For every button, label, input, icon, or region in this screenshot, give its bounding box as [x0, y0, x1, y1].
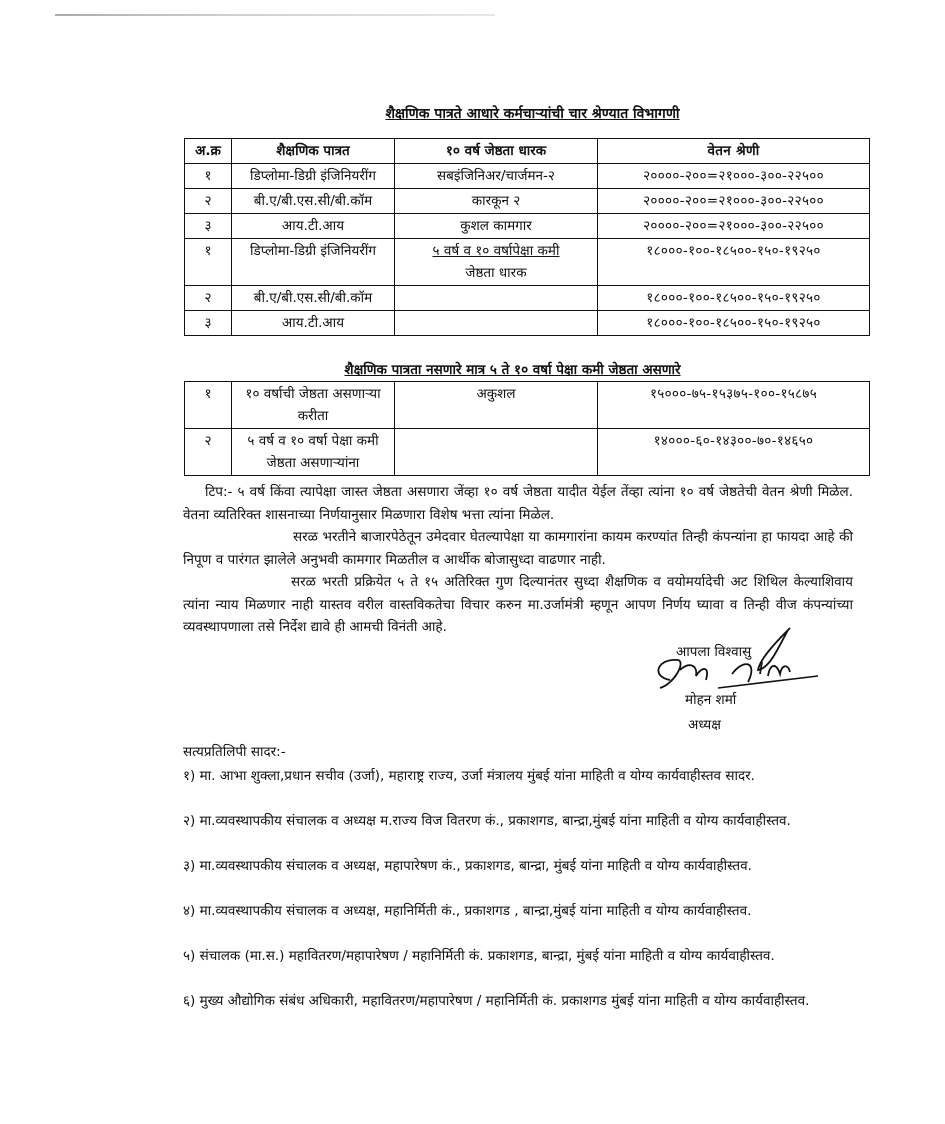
cell-pay-scale: २००००-२००=२१०००-३००-२२५०० [598, 214, 870, 239]
cell-pay-scale: १४०००-६०-१४३००-७०-१४६५० [598, 429, 870, 476]
cell-pay-scale: १८०००-१००-१८५००-१५०-१९२५० [598, 239, 870, 286]
cell-serial: १ [185, 239, 232, 286]
header-qualification: शैक्षणिक पात्रत [232, 139, 395, 164]
copy-recipient-3: ३) मा.व्यवस्थापकीय संचालक व अध्यक्ष, महा… [183, 855, 843, 878]
cell-serial: ३ [185, 311, 232, 336]
note-text: टिप:- ५ वर्ष किंवा त्यापेक्षा जास्त जेष्… [183, 484, 853, 523]
table-row: २ बी.ए/बी.एस.सी/बी.कॉम कारकून २ २००००-२०… [185, 189, 870, 214]
closing-phrase: आपला विश्वासु [676, 642, 751, 660]
cell-experience [395, 311, 598, 336]
cell-experience [395, 429, 598, 476]
note-paragraph: टिप:- ५ वर्ष किंवा त्यापेक्षा जास्त जेष्… [183, 481, 853, 526]
table-row: १ डिप्लोमा-डिग्री इंजिनियरींग सबइंजिनिअर… [185, 164, 870, 189]
cell-serial: २ [185, 429, 232, 476]
section-heading-non-qualified: शैक्षणिक पात्रता नसणारे मात्र ५ ते १० वर… [40, 360, 945, 378]
cell-experience [395, 286, 598, 311]
header-serial: अ.क्र [185, 139, 232, 164]
experience-line-1: ५ वर्ष व १० वर्षापेक्षा कमी [433, 243, 560, 259]
cell-qualification: बी.ए/बी.एस.सी/बी.कॉम [232, 286, 395, 311]
cell-experience: कुशल कामगार [395, 214, 598, 239]
cell-serial: १ [185, 382, 232, 429]
cell-experience: सबइंजिनिअर/चार्जमन-२ [395, 164, 598, 189]
cell-serial: ३ [185, 214, 232, 239]
cell-pay-scale: १८०००-१००-१८५००-१५०-१९२५० [598, 286, 870, 311]
cell-serial: २ [185, 286, 232, 311]
table-row: ३ आय.टी.आय कुशल कामगार २००००-२००=२१०००-३… [185, 214, 870, 239]
cell-qualification: बी.ए/बी.एस.सी/बी.कॉम [232, 189, 395, 214]
cell-qualification: डिप्लोमा-डिग्री इंजिनियरींग [232, 239, 395, 286]
header-pay-scale: वेतन श्रेणी [598, 139, 870, 164]
copy-recipient-1: १) मा. आभा शुक्ला,प्रधान सचीव (उर्जा), म… [183, 765, 843, 788]
benefit-paragraph: सरळ भरतीने बाजारपेठेतून उमेदवार घेतल्याप… [183, 526, 853, 571]
cell-serial: २ [185, 189, 232, 214]
table-row: १ डिप्लोमा-डिग्री इंजिनियरींग ५ वर्ष व १… [185, 239, 870, 286]
cell-qualification: ५ वर्ष व १० वर्षा पेक्षा कमी जेष्ठता असण… [232, 429, 395, 476]
table-row: ३ आय.टी.आय १८०००-१००-१८५००-१५०-१९२५० [185, 311, 870, 336]
cell-pay-scale: २००००-२००=२१०००-३००-२२५०० [598, 189, 870, 214]
section-heading-classification: शैक्षणिक पात्रते आधारे कर्मचाऱ्यांची चार… [60, 104, 945, 123]
copies-heading: सत्यप्रतिलिपी सादर:- [183, 742, 286, 760]
header-experience: १० वर्ष जेष्ठता धारक [395, 139, 598, 164]
pay-scale-table-qualified: अ.क्र शैक्षणिक पात्रत १० वर्ष जेष्ठता धा… [184, 138, 870, 336]
signatory-designation: अध्यक्ष [688, 715, 721, 733]
table-row: २ ५ वर्ष व १० वर्षा पेक्षा कमी जेष्ठता अ… [185, 429, 870, 476]
table-header-row: अ.क्र शैक्षणिक पात्रत १० वर्ष जेष्ठता धा… [185, 139, 870, 164]
copy-recipient-2: २) मा.व्यवस्थापकीय संचालक व अध्यक्ष म.रा… [183, 810, 843, 833]
cell-qualification: आय.टी.आय [232, 311, 395, 336]
benefit-text: सरळ भरतीने बाजारपेठेतून उमेदवार घेतल्याप… [183, 529, 853, 568]
copy-recipient-5: ५) संचालक (मा.स.) महावितरण/महापारेषण / म… [183, 945, 843, 968]
cell-pay-scale: १८०००-१००-१८५००-१५०-१९२५० [598, 311, 870, 336]
cell-qualification: डिप्लोमा-डिग्री इंजिनियरींग [232, 164, 395, 189]
cell-qualification: १० वर्षाची जेष्ठता असणाऱ्या करीता [232, 382, 395, 429]
cell-pay-scale: २००००-२००=२१०००-३००-२२५०० [598, 164, 870, 189]
cell-experience: ५ वर्ष व १० वर्षापेक्षा कमी जेष्ठता धारक [395, 239, 598, 286]
cell-serial: १ [185, 164, 232, 189]
cell-experience: अकुशल [395, 382, 598, 429]
cell-experience: कारकून २ [395, 189, 598, 214]
scan-artifact-line [55, 14, 495, 16]
signatory-name: मोहन शर्मा [685, 690, 736, 708]
table-row: २ बी.ए/बी.एस.सी/बी.कॉम १८०००-१००-१८५००-१… [185, 286, 870, 311]
copy-recipient-6: ६) मुख्य औद्योगिक संबंध अधिकारी, महावितर… [183, 990, 843, 1013]
cell-qualification: आय.टी.आय [232, 214, 395, 239]
pay-scale-table-non-qualified: १ १० वर्षाची जेष्ठता असणाऱ्या करीता अकुश… [184, 381, 870, 476]
copy-recipient-4: ४) मा.व्यवस्थापकीय संचालक व अध्यक्ष, महा… [183, 900, 843, 923]
experience-line-2: जेष्ठता धारक [465, 265, 526, 281]
table-row: १ १० वर्षाची जेष्ठता असणाऱ्या करीता अकुश… [185, 382, 870, 429]
cell-pay-scale: १५०००-७५-१५३७५-१००-१५८७५ [598, 382, 870, 429]
